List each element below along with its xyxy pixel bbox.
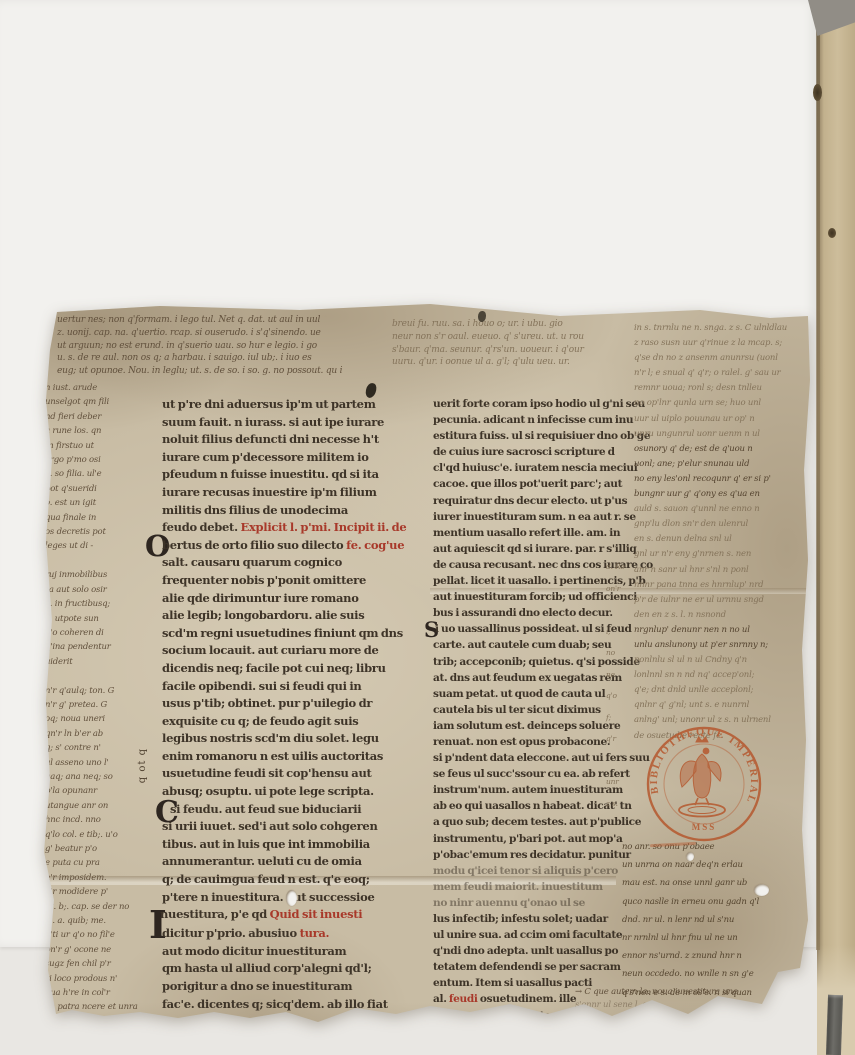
stamp-monogram: MSS — [692, 822, 717, 832]
photo-of-manuscript: uertur nes; non q'formam. i lego tul. Ne… — [0, 0, 855, 1055]
parchment-surface: uertur nes; non q'formam. i lego tul. Ne… — [0, 0, 855, 1055]
bottom-right-gloss: no anr. so onu p'obaeeun unrna on naar d… — [622, 838, 818, 1002]
right-margin-gloss: in s. tnrnlu ne n. snga. z s. C ulnldlau… — [634, 321, 812, 744]
wormhole — [754, 884, 769, 896]
parchment-leaf: uertur nes; non q'formam. i lego tul. Ne… — [0, 0, 855, 1055]
rotated-marginal-mark: q ot q — [138, 748, 148, 783]
wormhole — [286, 890, 297, 906]
main-text-column-1: ut p're dni aduersus ip'm ut partemsuum … — [162, 396, 430, 1013]
top-gloss-right: breui fu. ruu. sa. i houo o; ur. i ubu. … — [392, 318, 632, 369]
top-gloss-left: uertur nes; non q'formam. i lego tul. Ne… — [57, 314, 381, 378]
left-margin-gloss: n iust. arudeunselgot qm filind fieri de… — [45, 381, 161, 1015]
library-stamp: BIBLIOTHEQUE IMPERIALE MSS — [638, 724, 770, 846]
bottom-catch-lines: → C que autem la. noua iuuestitura unes'… — [575, 986, 815, 1012]
intercolumn-notes: d. Roon'r i;noneq'of;q'r unrz s. — [606, 556, 632, 814]
main-text-column-2: uerit forte coram ipso hodio ul g'ni seu… — [433, 396, 635, 1024]
wormhole — [686, 852, 694, 861]
